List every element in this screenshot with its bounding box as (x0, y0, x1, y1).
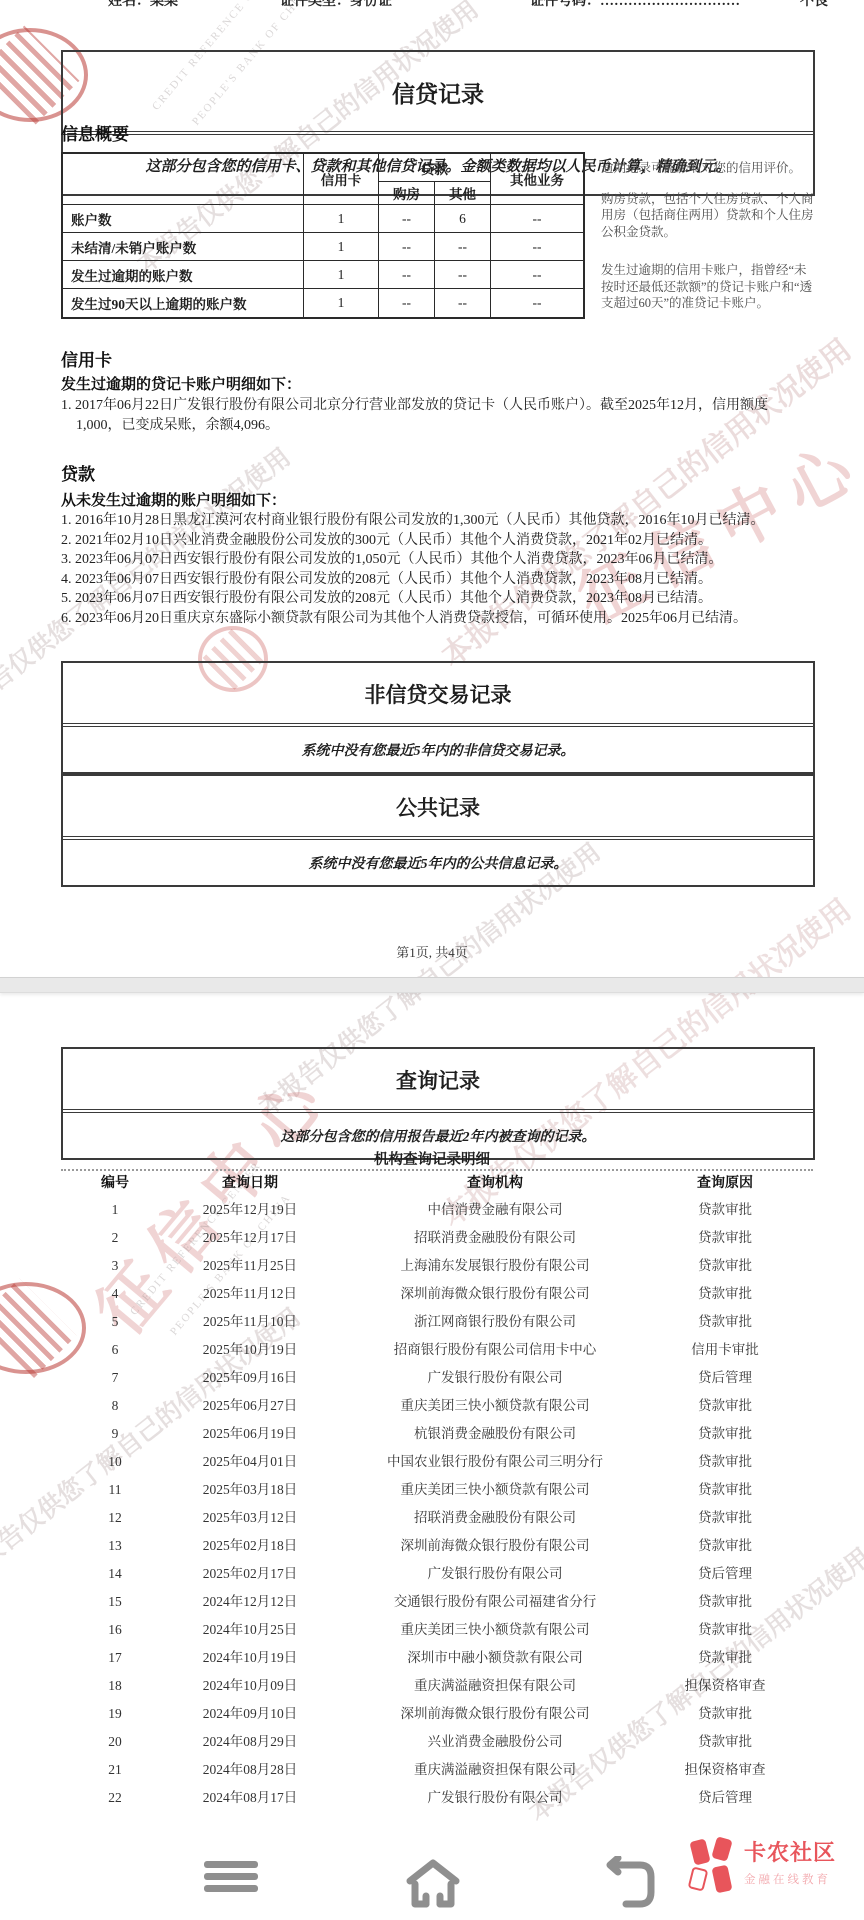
table-row: 10 2025年04月01日 中国农业银行股份有限公司三明分行 贷款审批 (0, 1448, 864, 1476)
query-no: 21 (70, 1756, 160, 1784)
summary-value: -- (379, 205, 435, 233)
query-reason: 贷款审批 (650, 1644, 800, 1672)
spacer (0, 1596, 70, 1608)
table-row: 3 2025年11月25日 上海浦东发展银行股份有限公司 贷款审批 (0, 1252, 864, 1280)
spacer (0, 1792, 70, 1804)
query-org: 招联消费金融股份有限公司 (340, 1504, 650, 1532)
query-date: 2025年10月19日 (160, 1336, 340, 1364)
query-date: 2024年08月28日 (160, 1756, 340, 1784)
query-reason: 担保资格审查 (650, 1672, 800, 1700)
query-date: 2024年12月12日 (160, 1588, 340, 1616)
header-fragment: 姓名：某某 (108, 0, 178, 9)
query-no: 15 (70, 1588, 160, 1616)
query-org: 招联消费金融股份有限公司 (340, 1224, 650, 1252)
query-reason: 贷后管理 (650, 1560, 800, 1588)
query-date: 2024年08月29日 (160, 1728, 340, 1756)
clipped-page-header: 姓名：某某 证件类型：身份证 证件号码：………………………… 不良 (0, 0, 864, 9)
note-overdue-card: 发生过逾期的信用卡账户，指曾经“未按时还最低还款额”的贷记卡账户和“透支超过60… (601, 262, 815, 312)
query-no: 12 (70, 1504, 160, 1532)
summary-col-credit-card: 信用卡 (304, 154, 379, 205)
credit-card-detail-list: 1. 2017年06月22日广发银行股份有限公司北京分行营业部发放的贷记卡（人民… (61, 396, 797, 435)
summary-table: 信用卡 贷款 购房 其他 其他业务 账户数 1 -- 6 -- 未结清/未销户账… (61, 152, 585, 319)
query-date: 2025年06月19日 (160, 1420, 340, 1448)
spacer (0, 1260, 70, 1272)
query-org: 招商银行股份有限公司信用卡中心 (340, 1336, 650, 1364)
summary-col-loan-other: 其他 (435, 182, 491, 205)
query-no: 9 (70, 1420, 160, 1448)
query-date: 2025年11月10日 (160, 1308, 340, 1336)
query-date: 2024年10月25日 (160, 1616, 340, 1644)
query-org: 重庆满溢融资担保有限公司 (340, 1672, 650, 1700)
query-org: 重庆美团三快小额贷款有限公司 (340, 1476, 650, 1504)
query-reason: 贷款审批 (650, 1392, 800, 1420)
spacer (0, 1204, 70, 1216)
query-no: 7 (70, 1364, 160, 1392)
query-org: 重庆美团三快小额贷款有限公司 (340, 1392, 650, 1420)
navigation-bar (0, 1848, 864, 1920)
summary-side-notes: 逾期记录可能影响对您的信用评价。 购房贷款，包括个人住房贷款、个人商用房（包括商… (601, 160, 815, 326)
summary-col-other-biz: 其他业务 (491, 154, 583, 205)
query-date: 2025年04月01日 (160, 1448, 340, 1476)
table-row: 15 2024年12月12日 交通银行股份有限公司福建省分行 贷款审批 (0, 1588, 864, 1616)
loan-item: 4. 2023年06月07日西安银行股份有限公司发放的208元（人民币）其他个人… (61, 570, 801, 590)
query-org: 杭银消费金融股份有限公司 (340, 1420, 650, 1448)
home-icon (398, 1856, 468, 1912)
table-row: 9 2025年06月19日 杭银消费金融股份有限公司 贷款审批 (0, 1420, 864, 1448)
query-no: 13 (70, 1532, 160, 1560)
query-no: 5 (70, 1308, 160, 1336)
summary-col-loan: 贷款 (379, 154, 491, 182)
table-row: 12 2025年03月12日 招联消费金融股份有限公司 贷款审批 (0, 1504, 864, 1532)
query-date: 2024年10月09日 (160, 1672, 340, 1700)
summary-value: -- (379, 233, 435, 261)
query-date: 2025年11月25日 (160, 1252, 340, 1280)
query-date: 2025年12月17日 (160, 1224, 340, 1252)
query-org: 广发银行股份有限公司 (340, 1364, 650, 1392)
query-reason: 贷款审批 (650, 1280, 800, 1308)
summary-col-loan-house: 购房 (379, 182, 435, 205)
query-col-reason: 查询原因 (650, 1172, 800, 1196)
query-reason: 贷款审批 (650, 1224, 800, 1252)
header-fragment: 不良 (800, 0, 828, 9)
loan-item: 1. 2016年10月28日黑龙江漠河农村商业银行股份有限公司发放的1,300元… (61, 511, 801, 531)
summary-value: -- (491, 205, 583, 233)
spacer (0, 1484, 70, 1496)
query-org: 广发银行股份有限公司 (340, 1784, 650, 1812)
page-break-divider (0, 977, 864, 993)
query-no: 17 (70, 1644, 160, 1672)
query-date: 2024年10月19日 (160, 1644, 340, 1672)
summary-corner-cell (63, 154, 304, 205)
query-no: 18 (70, 1672, 160, 1700)
summary-value: -- (379, 289, 435, 317)
query-reason: 贷款审批 (650, 1504, 800, 1532)
query-no: 3 (70, 1252, 160, 1280)
query-org: 兴业消费金融股份公司 (340, 1728, 650, 1756)
credit-card-subheading: 发生过逾期的贷记卡账户明细如下： (61, 373, 301, 394)
spacer (0, 1428, 70, 1440)
summary-value: -- (435, 261, 491, 289)
table-row: 17 2024年10月19日 深圳市中融小额贷款有限公司 贷款审批 (0, 1644, 864, 1672)
query-org: 深圳前海微众银行股份有限公司 (340, 1280, 650, 1308)
query-org: 重庆满溢融资担保有限公司 (340, 1756, 650, 1784)
query-date: 2025年06月27日 (160, 1392, 340, 1420)
query-org: 深圳前海微众银行股份有限公司 (340, 1700, 650, 1728)
spacer (0, 1680, 70, 1692)
query-reason: 贷款审批 (650, 1196, 800, 1224)
query-reason: 贷款审批 (650, 1588, 800, 1616)
table-row: 22 2024年08月17日 广发银行股份有限公司 贷后管理 (0, 1784, 864, 1812)
query-reason: 信用卡审批 (650, 1336, 800, 1364)
summary-value: 1 (304, 205, 379, 233)
spacer (0, 1512, 70, 1524)
query-no: 4 (70, 1280, 160, 1308)
back-button[interactable] (596, 1856, 666, 1912)
table-row: 20 2024年08月29日 兴业消费金融股份公司 贷款审批 (0, 1728, 864, 1756)
query-table-header: 编号 查询日期 查询机构 查询原因 (0, 1172, 864, 1196)
credit-records-title: 信贷记录 (63, 52, 813, 132)
query-col-no: 编号 (70, 1172, 160, 1196)
loan-item: 6. 2023年06月20日重庆京东盛际小额贷款有限公司为其他个人消费贷款授信，… (61, 609, 801, 629)
summary-value: 6 (435, 205, 491, 233)
loans-subheading: 从未发生过逾期的账户明细如下： (61, 489, 286, 510)
public-records-body: 系统中没有您最近5年内的公共信息记录。 (63, 839, 813, 885)
table-row: 11 2025年03月18日 重庆美团三快小额贷款有限公司 贷款审批 (0, 1476, 864, 1504)
table-row: 2 2025年12月17日 招联消费金融股份有限公司 贷款审批 (0, 1224, 864, 1252)
query-reason: 贷款审批 (650, 1700, 800, 1728)
query-org: 中信消费金融有限公司 (340, 1196, 650, 1224)
query-table-body: 1 2025年12月19日 中信消费金融有限公司 贷款审批 2 2025年12月… (0, 1196, 864, 1812)
spacer (0, 1624, 70, 1636)
spacer (0, 1232, 70, 1244)
table-row: 13 2025年02月18日 深圳前海微众银行股份有限公司 贷款审批 (0, 1532, 864, 1560)
public-records-title: 公共记录 (63, 776, 813, 837)
query-no: 19 (70, 1700, 160, 1728)
table-row: 21 2024年08月28日 重庆满溢融资担保有限公司 担保资格审查 (0, 1756, 864, 1784)
query-no: 1 (70, 1196, 160, 1224)
header-fragment: 证件类型：身份证 (280, 0, 392, 9)
non-credit-title: 非信贷交易记录 (63, 663, 813, 724)
query-org: 浙江网商银行股份有限公司 (340, 1308, 650, 1336)
table-row: 16 2024年10月25日 重庆美团三快小额贷款有限公司 贷款审批 (0, 1616, 864, 1644)
summary-value: -- (491, 289, 583, 317)
summary-row-label: 发生过90天以上逾期的账户数 (63, 289, 304, 317)
summary-value: -- (491, 233, 583, 261)
recent-apps-button[interactable] (196, 1856, 266, 1912)
query-table-title: 机构查询记录明细 (0, 1148, 864, 1169)
loan-item: 5. 2023年06月07日西安银行股份有限公司发放的208元（人民币）其他个人… (61, 589, 801, 609)
spacer (0, 1372, 70, 1384)
query-reason: 贷款审批 (650, 1728, 800, 1756)
table-row: 19 2024年09月10日 深圳前海微众银行股份有限公司 贷款审批 (0, 1700, 864, 1728)
query-org: 广发银行股份有限公司 (340, 1560, 650, 1588)
spacer (0, 1540, 70, 1552)
query-col-date: 查询日期 (160, 1172, 340, 1196)
query-org: 上海浦东发展银行股份有限公司 (340, 1252, 650, 1280)
query-date: 2025年09月16日 (160, 1364, 340, 1392)
summary-value: -- (491, 261, 583, 289)
spacer (0, 1288, 70, 1300)
query-reason: 贷款审批 (650, 1448, 800, 1476)
summary-value: 1 (304, 289, 379, 317)
summary-row-label: 账户数 (63, 205, 304, 233)
non-credit-section-box: 非信贷交易记录 系统中没有您最近5年内的非信贷交易记录。 (61, 661, 815, 774)
query-date: 2025年03月18日 (160, 1476, 340, 1504)
query-no: 20 (70, 1728, 160, 1756)
summary-value: -- (379, 261, 435, 289)
header-fragment: 证件号码：………………………… (530, 0, 740, 9)
query-reason: 担保资格审查 (650, 1756, 800, 1784)
query-date: 2025年03月12日 (160, 1504, 340, 1532)
query-reason: 贷款审批 (650, 1252, 800, 1280)
query-org: 交通银行股份有限公司福建省分行 (340, 1588, 650, 1616)
table-row: 7 2025年09月16日 广发银行股份有限公司 贷后管理 (0, 1364, 864, 1392)
table-row: 18 2024年10月09日 重庆满溢融资担保有限公司 担保资格审查 (0, 1672, 864, 1700)
query-date: 2025年02月18日 (160, 1532, 340, 1560)
query-org: 深圳前海微众银行股份有限公司 (340, 1532, 650, 1560)
query-no: 2 (70, 1224, 160, 1252)
query-date: 2025年02月17日 (160, 1560, 340, 1588)
query-reason: 贷款审批 (650, 1420, 800, 1448)
query-no: 11 (70, 1476, 160, 1504)
query-no: 22 (70, 1784, 160, 1812)
spacer (0, 1344, 70, 1356)
table-row: 1 2025年12月19日 中信消费金融有限公司 贷款审批 (0, 1196, 864, 1224)
query-no: 6 (70, 1336, 160, 1364)
query-date: 2025年11月12日 (160, 1280, 340, 1308)
query-date: 2024年09月10日 (160, 1700, 340, 1728)
spacer (0, 1568, 70, 1580)
query-reason: 贷款审批 (650, 1532, 800, 1560)
back-icon (596, 1856, 666, 1912)
summary-value: -- (435, 233, 491, 261)
spacer (0, 1456, 70, 1468)
spacer (0, 1736, 70, 1748)
table-row: 8 2025年06月27日 重庆美团三快小额贷款有限公司 贷款审批 (0, 1392, 864, 1420)
loans-heading: 贷款 (61, 460, 95, 485)
summary-heading: 信息概要 (61, 120, 129, 145)
summary-row-label: 未结清/未销户账户数 (63, 233, 304, 261)
table-row: 4 2025年11月12日 深圳前海微众银行股份有限公司 贷款审批 (0, 1280, 864, 1308)
query-reason: 贷后管理 (650, 1364, 800, 1392)
home-button[interactable] (398, 1856, 468, 1912)
loan-item: 2. 2021年02月10日兴业消费金融股份公司发放的300元（人民币）其他个人… (61, 531, 801, 551)
query-records-title: 查询记录 (63, 1049, 813, 1110)
query-org: 中国农业银行股份有限公司三明分行 (340, 1448, 650, 1476)
dotted-divider (61, 1169, 813, 1171)
credit-card-item: 1. 2017年06月22日广发银行股份有限公司北京分行营业部发放的贷记卡（人民… (61, 396, 797, 435)
query-no: 14 (70, 1560, 160, 1588)
summary-value: 1 (304, 261, 379, 289)
page-number: 第1页, 共4页 (0, 942, 864, 961)
query-reason: 贷后管理 (650, 1784, 800, 1812)
query-records-section-box: 查询记录 这部分包含您的信用报告最近2年内被查询的记录。 (61, 1047, 815, 1160)
query-no: 16 (70, 1616, 160, 1644)
spacer (0, 1400, 70, 1412)
table-row: 6 2025年10月19日 招商银行股份有限公司信用卡中心 信用卡审批 (0, 1336, 864, 1364)
query-no: 10 (70, 1448, 160, 1476)
summary-value: -- (435, 289, 491, 317)
query-no: 8 (70, 1392, 160, 1420)
query-date: 2025年12月19日 (160, 1196, 340, 1224)
note-overdue: 逾期记录可能影响对您的信用评价。 (601, 160, 815, 177)
query-reason: 贷款审批 (650, 1308, 800, 1336)
summary-row-label: 发生过逾期的账户数 (63, 261, 304, 289)
table-row: 14 2025年02月17日 广发银行股份有限公司 贷后管理 (0, 1560, 864, 1588)
spacer (0, 1316, 70, 1328)
query-col-org: 查询机构 (340, 1172, 650, 1196)
credit-report-screenshot: { "watermark": { "phrase": "本报告仅供您了解自己的信… (0, 0, 864, 1920)
spacer (0, 1180, 70, 1188)
query-reason: 贷款审批 (650, 1476, 800, 1504)
spacer (0, 1764, 70, 1776)
spacer (0, 1708, 70, 1720)
summary-value: 1 (304, 233, 379, 261)
loans-detail-list: 1. 2016年10月28日黑龙江漠河农村商业银行股份有限公司发放的1,300元… (61, 511, 801, 629)
table-row: 5 2025年11月10日 浙江网商银行股份有限公司 贷款审批 (0, 1308, 864, 1336)
spacer (0, 1652, 70, 1664)
query-date: 2024年08月17日 (160, 1784, 340, 1812)
non-credit-body: 系统中没有您最近5年内的非信贷交易记录。 (63, 726, 813, 772)
loan-item: 3. 2023年06月07日西安银行股份有限公司发放的1,050元（人民币）其他… (61, 550, 801, 570)
menu-icon (196, 1861, 266, 1892)
query-reason: 贷款审批 (650, 1616, 800, 1644)
credit-card-heading: 信用卡 (61, 346, 112, 371)
public-records-section-box: 公共记录 系统中没有您最近5年内的公共信息记录。 (61, 774, 815, 887)
note-house-loan: 购房贷款，包括个人住房贷款、个人商用房（包括商住两用）贷款和个人住房公积金贷款。 (601, 191, 815, 241)
query-org: 深圳市中融小额贷款有限公司 (340, 1644, 650, 1672)
query-org: 重庆美团三快小额贷款有限公司 (340, 1616, 650, 1644)
